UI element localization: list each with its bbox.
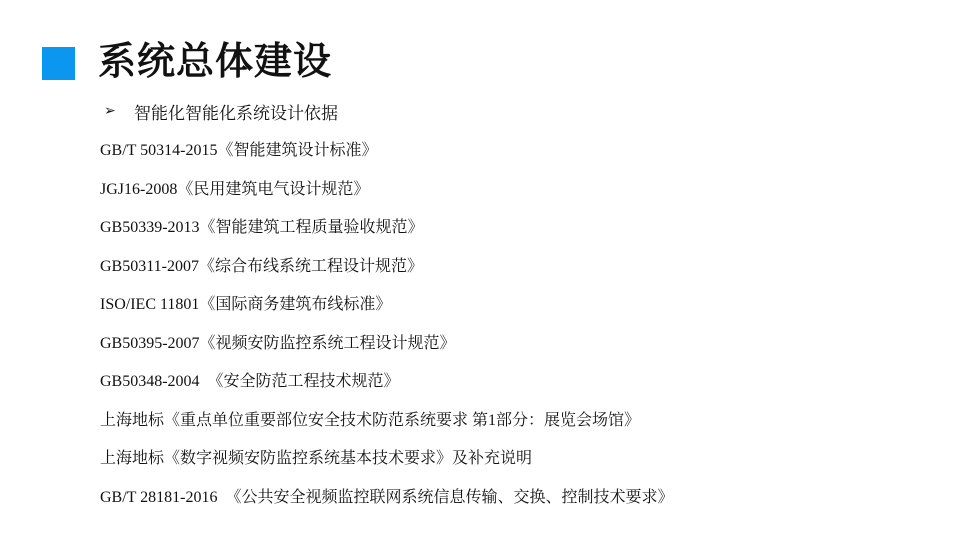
standards-list: GB/T 50314-2015《智能建筑设计标准》 JGJ16-2008《民用建…: [100, 137, 674, 522]
slide-title: 系统总体建设: [98, 36, 332, 86]
title-accent-square: [42, 47, 75, 80]
slide: 系统总体建设 ➢ 智能化智能化系统设计依据 GB/T 50314-2015《智能…: [0, 0, 960, 540]
standard-item: GB50395-2007《视频安防监控系统工程设计规范》: [100, 330, 674, 369]
standard-item: 上海地标《重点单位重要部位安全技术防范系统要求 第1部分：展览会场馆》: [100, 407, 674, 446]
standard-item: GB50339-2013《智能建筑工程质量验收规范》: [100, 214, 674, 253]
standard-item: GB50311-2007《综合布线系统工程设计规范》: [100, 253, 674, 292]
standard-item: GB50348-2004 《安全防范工程技术规范》: [100, 368, 674, 407]
arrow-bullet-icon: ➢: [104, 103, 118, 119]
standard-item: GB/T 50314-2015《智能建筑设计标准》: [100, 137, 674, 176]
standard-item: GB/T 28181-2016 《公共安全视频监控联网系统信息传输、交换、控制技…: [100, 484, 674, 523]
standard-item: ISO/IEC 11801《国际商务建筑布线标准》: [100, 291, 674, 330]
standard-item: 上海地标《数字视频安防监控系统基本技术要求》及补充说明: [100, 445, 674, 484]
standard-item: JGJ16-2008《民用建筑电气设计规范》: [100, 176, 674, 215]
subheading-text: 智能化智能化系统设计依据: [134, 99, 338, 124]
section-subheading: ➢ 智能化智能化系统设计依据: [104, 98, 338, 124]
